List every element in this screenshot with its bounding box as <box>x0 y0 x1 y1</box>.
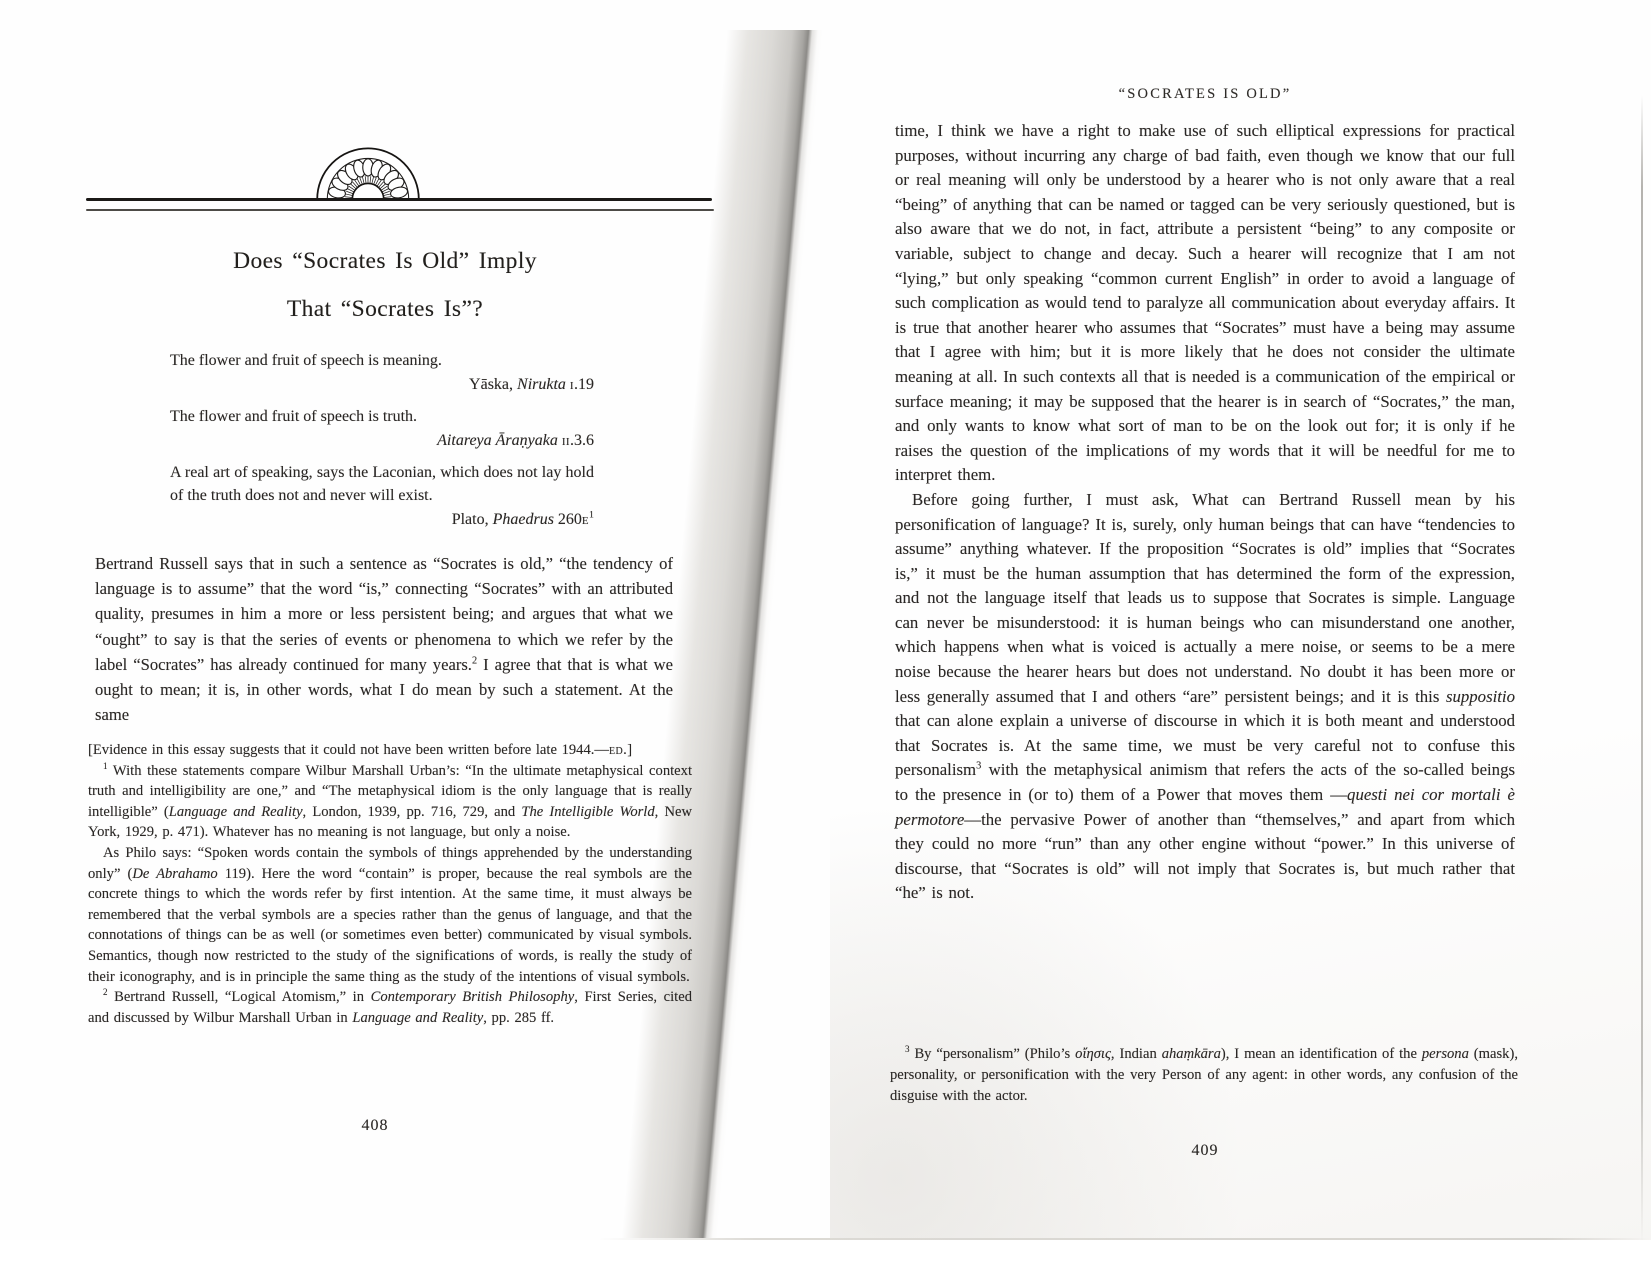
body-paragraph-2: Before going further, I must ask, What c… <box>895 488 1515 906</box>
footnote-1: 1 With these statements compare Wilbur M… <box>88 761 692 843</box>
epigraph-block: The flower and fruit of speech is meanin… <box>170 349 594 540</box>
book-scan: Does “Socrates Is Old” Imply That “Socra… <box>0 0 1651 1275</box>
body-text: time, I think we have a right to make us… <box>895 119 1515 906</box>
epigraph-text: The flower and fruit of speech is truth. <box>170 405 594 428</box>
chapter-title-line-1: Does “Socrates Is Old” Imply <box>60 248 710 275</box>
body-paragraph: Bertrand Russell says that in such a sen… <box>95 551 673 727</box>
editor-note: [Evidence in this essay suggests that it… <box>88 740 692 761</box>
epigraph: The flower and fruit of speech is truth.… <box>170 405 594 452</box>
epigraph: A real art of speaking, says the Laconia… <box>170 461 594 531</box>
page-number-left: 408 <box>85 1117 665 1135</box>
footnote-2: 2 Bertrand Russell, “Logical Atomism,” i… <box>88 987 692 1028</box>
double-rule-top <box>86 198 712 201</box>
footnote-1-continued: As Philo says: “Spoken words contain the… <box>88 843 692 987</box>
epigraph-attribution: Aitareya Āraṇyaka ii.3.6 <box>170 429 594 452</box>
page-edge-line <box>1641 95 1643 1245</box>
epigraph-text: A real art of speaking, says the Laconia… <box>170 461 594 507</box>
epigraph: The flower and fruit of speech is meanin… <box>170 349 594 396</box>
epigraph-attribution: Plato, Phaedrus 260e1 <box>170 508 594 531</box>
chapter-title-line-2: That “Socrates Is”? <box>60 296 710 323</box>
footnote-3: 3 By “personalism” (Philo’s οἴησις, Indi… <box>890 1044 1518 1106</box>
epigraph-text: The flower and fruit of speech is meanin… <box>170 349 594 372</box>
epigraph-attribution: Yāska, Nirukta i.19 <box>170 373 594 396</box>
bottom-margin-strip <box>0 1240 1651 1275</box>
double-rule-bottom <box>86 209 714 211</box>
page-number-right: 409 <box>895 1142 1515 1160</box>
running-head: “SOCRATES IS OLD” <box>895 86 1515 103</box>
footnote-block: [Evidence in this essay suggests that it… <box>88 740 692 1028</box>
half-rosette-ornament-icon <box>312 145 424 201</box>
body-paragraph-1: time, I think we have a right to make us… <box>895 119 1515 488</box>
